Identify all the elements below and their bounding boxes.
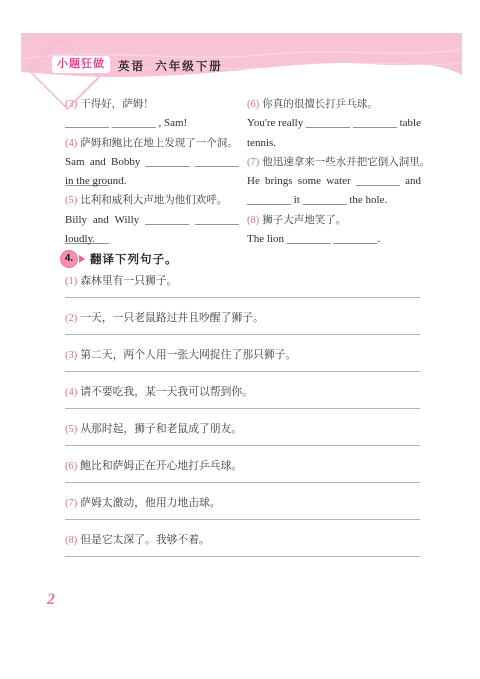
- translate-item: (3)第二天，两个人用一张大网捉住了那只狮子。: [65, 348, 420, 385]
- line-text: The lion ________ ________.: [247, 233, 380, 245]
- chinese-sentence: 鲍比和萨姆正在开心地打乒乓球。: [80, 460, 242, 472]
- translate-section-header: 4. 翻译下列句子。: [60, 250, 420, 267]
- item-number: (8): [65, 535, 77, 546]
- fill-line: He brings some water ________ and: [247, 172, 421, 191]
- chinese-sentence: 但是它太深了。我够不着。: [80, 534, 210, 546]
- fill-column-left: (3)干得好，萨姆！________ ________ , Sam!(4)萨姆和…: [65, 95, 239, 249]
- item-number: (6): [65, 461, 77, 472]
- fill-line: (6)你真的很擅长打乒乓球。: [247, 95, 421, 114]
- item-number: (2): [65, 313, 77, 324]
- arrow-right-icon: [79, 255, 85, 263]
- line-text: 干得好，萨姆！: [80, 99, 154, 110]
- section-number-badge: 4.: [60, 250, 78, 268]
- answer-line: [65, 334, 420, 335]
- translate-list: (1)森林里有一只狮子。(2)一天，一只老鼠路过并且吵醒了狮子。(3)第二天，两…: [65, 274, 420, 570]
- fill-line: in the ground.: [65, 172, 239, 191]
- chinese-sentence: 请不要吃我，某一天我可以帮到你。: [80, 386, 253, 398]
- item-number: (4): [65, 138, 77, 149]
- fill-line: (5)比利和威利大声地为他们欢呼。: [65, 191, 239, 210]
- fill-line: ________ it ________ the hole.: [247, 191, 421, 210]
- fill-line: (7)他迅速拿来一些水并把它倒入洞里。: [247, 153, 421, 172]
- line-text: ________ it ________ the hole.: [247, 194, 387, 206]
- translate-item: (6)鲍比和萨姆正在开心地打乒乓球。: [65, 459, 420, 496]
- item-number: (1): [65, 276, 77, 287]
- translate-item-text: (7)萨姆太激动，他用力地击球。: [65, 496, 420, 511]
- line-text: ________ ________ , Sam!: [65, 117, 187, 129]
- line-text: in the ground.: [65, 175, 126, 187]
- fill-line: Sam and Bobby ________ ________ ________: [65, 153, 239, 172]
- fill-column-right: (6)你真的很擅长打乒乓球。You're really ________ ___…: [247, 95, 421, 249]
- line-text: 你真的很擅长打乒乓球。: [262, 99, 378, 110]
- fill-line: ________ ________ , Sam!: [65, 114, 239, 133]
- translate-item-text: (3)第二天，两个人用一张大网捉住了那只狮子。: [65, 348, 420, 363]
- translate-item: (1)森林里有一只狮子。: [65, 274, 420, 311]
- fill-line: (8)狮子大声地笑了。: [247, 211, 421, 230]
- translate-section: 4. 翻译下列句子。 (1)森林里有一只狮子。(2)一天，一只老鼠路过并且吵醒了…: [65, 250, 420, 570]
- translate-item: (5)从那时起，狮子和老鼠成了朋友。: [65, 422, 420, 459]
- translate-item-text: (5)从那时起，狮子和老鼠成了朋友。: [65, 422, 420, 437]
- fill-line: Billy and Willy ________ ________ ______…: [65, 211, 239, 230]
- chinese-sentence: 第二天，两个人用一张大网捉住了那只狮子。: [80, 349, 296, 361]
- translate-item-text: (4)请不要吃我，某一天我可以帮到你。: [65, 385, 420, 400]
- brand-logo: 小题狂做: [52, 56, 110, 73]
- fill-line: You're really ________ ________ table: [247, 114, 421, 133]
- translate-item: (7)萨姆太激动，他用力地击球。: [65, 496, 420, 533]
- chinese-sentence: 森林里有一只狮子。: [80, 275, 177, 287]
- line-text: 他迅速拿来一些水并把它倒入洞里。: [262, 157, 430, 168]
- line-text: 萨姆和鲍比在地上发现了一个洞。: [80, 138, 238, 149]
- section-title: 翻译下列句子。: [90, 251, 178, 267]
- item-number: (8): [247, 215, 259, 226]
- translate-item-text: (8)但是它太深了。我够不着。: [65, 533, 420, 548]
- translate-item-text: (2)一天，一只老鼠路过并且吵醒了狮子。: [65, 311, 420, 326]
- fill-line: loudly.: [65, 230, 239, 249]
- item-number: (7): [65, 498, 77, 509]
- item-number: (4): [65, 387, 77, 398]
- page-number: 2: [47, 591, 55, 609]
- chinese-sentence: 一天，一只老鼠路过并且吵醒了狮子。: [80, 312, 264, 324]
- translate-item: (2)一天，一只老鼠路过并且吵醒了狮子。: [65, 311, 420, 348]
- translate-item-text: (6)鲍比和萨姆正在开心地打乒乓球。: [65, 459, 420, 474]
- answer-line: [65, 556, 420, 557]
- translate-item-text: (1)森林里有一只狮子。: [65, 274, 420, 289]
- answer-line: [65, 297, 420, 298]
- line-text: tennis.: [247, 137, 276, 149]
- fill-line: (3)干得好，萨姆！: [65, 95, 239, 114]
- line-text: 狮子大声地笑了。: [262, 215, 346, 226]
- answer-line: [65, 445, 420, 446]
- answer-line: [65, 519, 420, 520]
- fill-line: (4)萨姆和鲍比在地上发现了一个洞。: [65, 134, 239, 153]
- fill-line: The lion ________ ________.: [247, 230, 421, 249]
- item-number: (7): [247, 157, 259, 168]
- answer-line: [65, 482, 420, 483]
- line-text: loudly.: [65, 233, 95, 245]
- translate-item: (4)请不要吃我，某一天我可以帮到你。: [65, 385, 420, 422]
- workbook-page: 小题狂做 英语 六年级下册 (3)干得好，萨姆！________ _______…: [0, 0, 480, 679]
- item-number: (6): [247, 99, 259, 110]
- chinese-sentence: 从那时起，狮子和老鼠成了朋友。: [80, 423, 242, 435]
- item-number: (3): [65, 350, 77, 361]
- line-text: He brings some water ________ and: [247, 175, 421, 187]
- book-title: 英语 六年级下册: [118, 58, 223, 74]
- fill-in-section: (3)干得好，萨姆！________ ________ , Sam!(4)萨姆和…: [65, 95, 421, 249]
- line-text: 比利和威利大声地为他们欢呼。: [80, 195, 227, 206]
- line-text: You're really ________ ________ table: [247, 117, 421, 129]
- answer-line: [65, 408, 420, 409]
- answer-line: [65, 371, 420, 372]
- item-number: (5): [65, 424, 77, 435]
- chinese-sentence: 萨姆太激动，他用力地击球。: [80, 497, 220, 509]
- fill-line: tennis.: [247, 134, 421, 153]
- translate-item: (8)但是它太深了。我够不着。: [65, 533, 420, 570]
- item-number: (5): [65, 195, 77, 206]
